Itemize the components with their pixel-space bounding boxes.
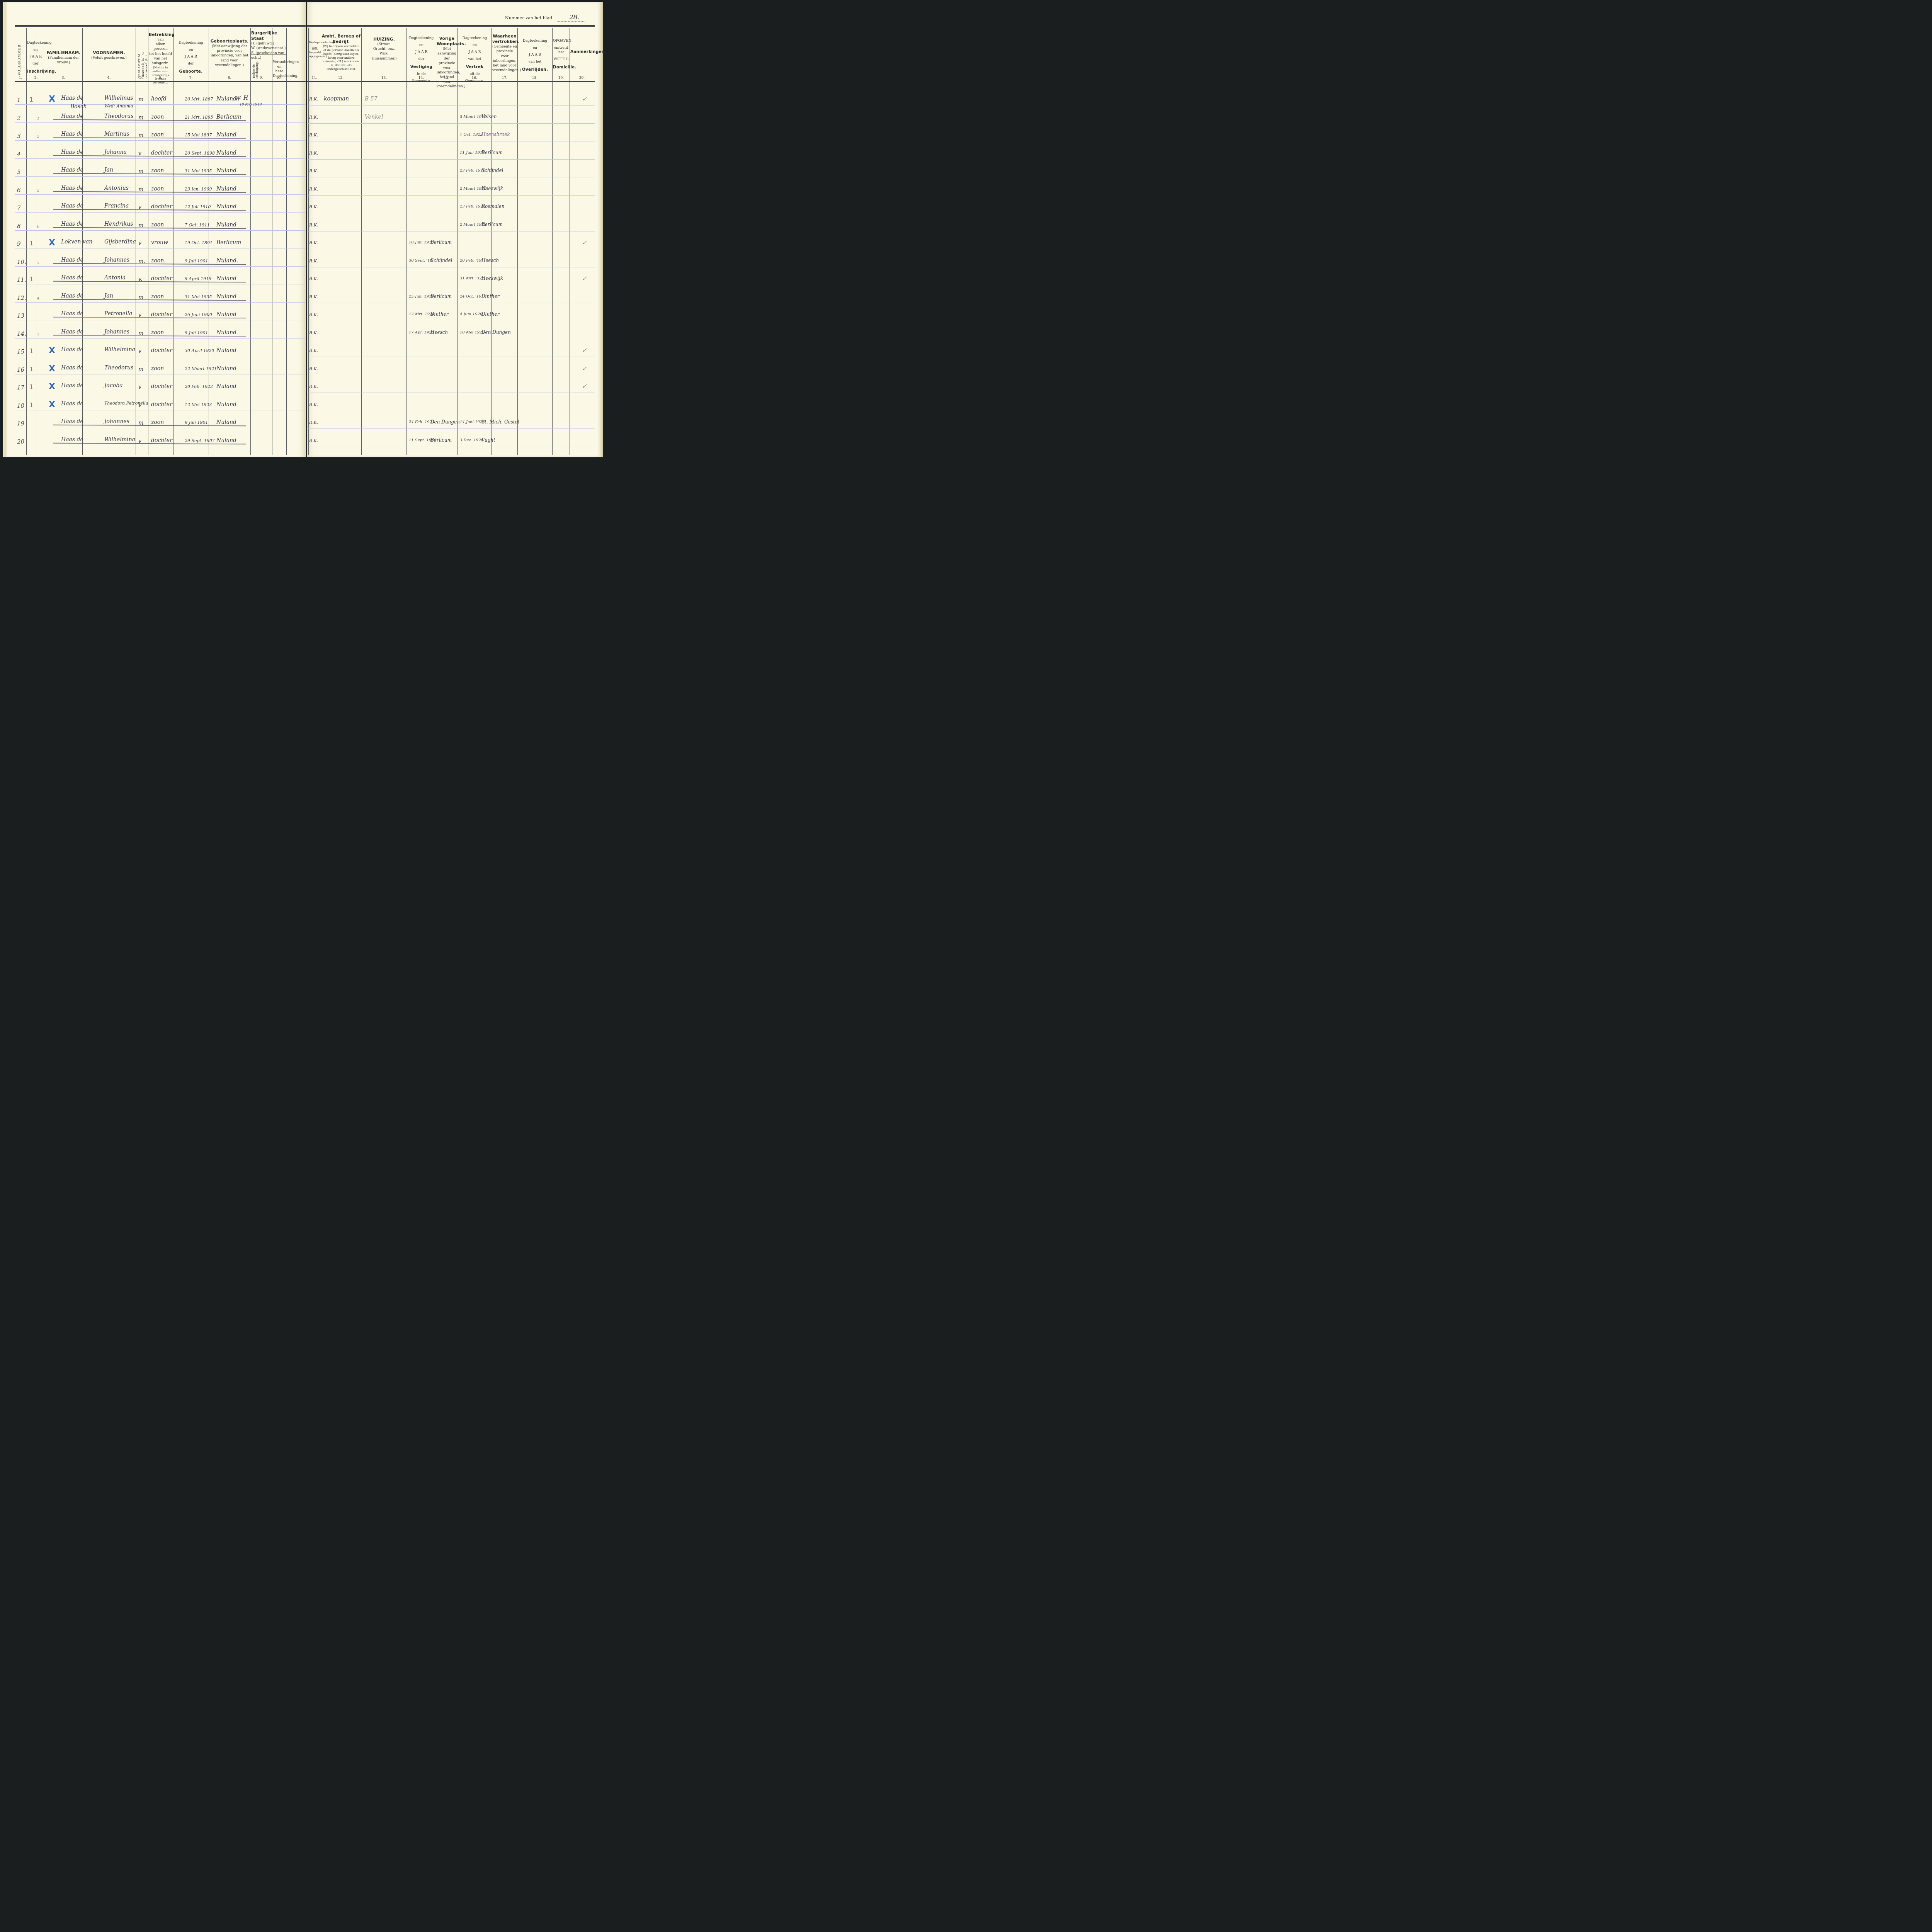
given-names: Johannes [104,329,129,335]
row-number: 3 [17,133,21,139]
ruled-line [307,141,595,141]
row-number: 7 [17,204,21,211]
column-subtitle: (Familienaam der vrouw.) [46,56,82,65]
row-number: 6 [17,187,21,194]
birth-date: 9 April 1919 [185,276,211,281]
column-title: Ambt, Beroep of Bedrijf. [321,34,361,44]
sheet-number: Nummer van het blad28. [505,14,585,21]
tally-mark: x [37,261,39,265]
birth-place: Nuland [216,311,236,318]
birth-date: 26 Juni 1900 [185,312,212,317]
birth-place: Nuland [216,150,236,156]
civil-status-change-date: 10 Mei 1918 [240,103,262,107]
sex: v [138,348,141,354]
red-tally-mark: 1 [29,276,33,283]
column-header-12: Ambt, Beroep of Bedrijf.(Bij bedrijven v… [321,34,361,71]
given-names: Johannes [104,257,129,263]
tally-mark: 2 [37,135,39,139]
column-subtitle: (Met aanwijzing der provincie voor inboo… [437,47,457,89]
religion: R.K. [309,204,318,209]
religion: R.K. [309,294,318,299]
column-subtitle: Dagteekening [174,41,208,45]
sheet-number-value: 28. [558,14,585,22]
relation: dochter [151,204,172,210]
blue-cross-mark: X [49,94,55,104]
column-subtitle: OPGAVEN [553,39,569,43]
sex: v [138,402,141,408]
religion: R.K. [309,276,318,281]
ruled-line [15,446,306,446]
row-number: 19 [17,420,24,427]
column-title: Geboorte. [174,69,208,74]
column-number: 8. [226,76,233,80]
column-subtitle: der [174,61,208,66]
birth-place: Nuland [216,294,236,300]
relation: zoon [151,186,164,192]
row-number: 15 [17,348,24,355]
birth-date: 23 Jan. 1909 [185,187,212,192]
destination: Dinther [481,294,500,299]
family-name: Haas de [61,437,83,443]
ruled-line [15,302,306,303]
given-names: Gijsberdina [104,239,136,245]
ruled-line [307,159,595,160]
religion: R.K. [309,223,318,228]
birth-date: 20 Mrt. 1867 [185,97,213,102]
column-header-7: DagteekeningenJ A A RderGeboorte. [174,41,208,74]
column-subtitle: (Voluit geschreven.) [83,56,135,60]
column-divider [26,28,27,455]
column-subtitle: van het [518,60,552,64]
column-header-20: Aanmerkingen. [570,49,594,54]
given-names: Jan [104,167,113,173]
previous-residence: Heesch [430,330,448,335]
row-number: 17 [17,384,24,391]
column-subtitle: Gracht, enz. [362,47,406,51]
column-number: 14. [417,76,425,80]
given-names: Antonia [104,275,126,281]
destination: Hoensbroek [481,132,510,137]
ruled-line [15,374,306,374]
column-number: 15. [443,76,451,80]
ruled-line [15,158,306,159]
religion: R.K. [309,259,318,264]
relation: zoon [151,168,164,174]
departure-date: 14 Juni 1923 [460,420,485,424]
column-number: 3. [60,76,67,80]
check-mark: ✓ [582,365,587,372]
destination: Heeswijk [481,276,503,281]
column-header-3: FAMILIENAAM.(Familienaam der vrouw.) [46,50,82,65]
ruled-line [15,248,306,248]
column-subtitle: J A A R [407,50,435,54]
column-divider [517,28,518,455]
ruled-line [15,356,306,356]
row-number: 11. [17,276,26,283]
settlement-date: 25 Juni 1919 [409,294,434,299]
destination: Velsen [481,114,497,119]
red-tally-mark: 1 [29,347,33,355]
destination: Vught [481,437,495,443]
column-number: 13. [380,76,388,80]
birth-date: 9 Juli 1901 [185,420,208,425]
given-names: Johannes [104,418,129,425]
column-subtitle: Kerkgenootschap. [309,41,321,44]
ruled-line [307,105,595,105]
blue-cross-mark: X [49,382,55,391]
religion: R.K. [309,151,318,156]
column-number: 4. [105,76,113,80]
birth-date: 19 Oct. 1891 [185,240,213,245]
destination: Schijndel [481,168,503,173]
given-names: Theodora Petronella [104,401,148,406]
column-divider [492,28,492,455]
birth-date: 7 Oct. 1911 [185,223,210,228]
given-names: Theodorus [104,365,133,371]
settlement-date: 30 Sept. '18 [409,259,432,263]
tally-mark: 4 [37,297,39,301]
given-names: Petronella [104,311,132,317]
occupation: koopman [324,96,349,102]
birth-date: 31 Mei 1905 [185,168,212,173]
column-subtitle: van het [149,56,172,61]
column-number: 16. [471,76,478,80]
column-subtitle: J A A R [174,54,208,59]
red-tally-mark: 1 [29,366,33,373]
row-number: 5 [17,168,21,175]
row-number: 10. [17,259,26,265]
blue-cross-mark: X [49,400,55,410]
column-number: 19. [557,76,565,80]
family-name: Haas de [61,167,83,173]
religion: R.K. [309,168,318,173]
birth-place: Berlicum [216,240,241,246]
religion: R.K. [309,97,318,102]
ruled-line [307,339,595,339]
family-name: Haas de [61,329,83,335]
tally-mark: 1 [37,117,39,121]
check-mark: ✓ [582,239,587,246]
family-name: Haas de [61,257,83,263]
column-subtitle: Dagteekening [518,39,552,43]
column-title: Vorige Woonplaats. [437,36,457,47]
column-divider [45,28,45,455]
ruled-line [307,177,595,177]
row-number: 18 [17,402,24,409]
column-number: 5. [137,76,145,80]
column-subtitle: Dagteekening [458,36,491,41]
birth-date: 31 Mei 1905 [185,294,212,299]
ruled-line [15,338,306,338]
given-names: Jan [104,293,113,299]
birth-place: Nuland [216,383,236,389]
column-title: Burgerlijke Staat [251,31,286,41]
religion: R.K. [309,366,318,371]
column-subtitle: en [407,43,435,48]
ruled-line [307,411,595,411]
family-name: Haas de [61,311,83,317]
birth-date: 12 Juli 1910 [185,204,211,209]
column-subtitle: en [174,48,208,52]
column-divider [148,28,148,455]
ruled-line [307,249,595,249]
column-title: Betrekking [149,32,172,37]
destination: Rosmalen [481,204,505,209]
family-name: Haas de [61,418,83,425]
relation: dochter [151,347,172,354]
column-header-4: VOORNAMEN.(Voluit geschreven.) [83,50,135,60]
house-number: Venkel [365,114,383,120]
family-name: Haas de [61,401,83,407]
column-subtitle: der [407,57,435,61]
destination: Heeswijk [481,186,503,191]
given-names: Francina [104,203,129,209]
blue-cross-mark: X [49,364,55,374]
red-tally-mark: 1 [29,96,33,103]
header-top-rule-thin [15,28,306,28]
birth-place: Nuland [216,276,236,282]
column-subtitle: der [27,61,44,66]
column-subtitle: WETTIG [553,57,569,62]
religion: R.K. [309,312,318,317]
given-names: Wilhelmina [104,347,135,353]
column-subtitle: Wijk, [362,51,406,56]
given-names: Wilhelmus [104,95,133,101]
column-title: Geboorteplaats. [209,39,250,44]
column-subtitle: van [149,37,172,42]
tally-mark: 5 [37,189,39,193]
column-subtitle: J A A R [518,53,552,57]
header-top-rule [307,25,595,27]
destination: Berlicum [481,222,503,227]
column-subtitle: huisgezin. [149,61,172,66]
departure-date: 11 Juni 1918 [460,151,485,155]
birth-date: 20 Sept. 1898 [185,151,215,156]
departure-date: 20 Feb. '19 [460,259,481,263]
relation: zoon. [151,258,166,264]
ruled-line [15,176,306,177]
ruled-line [15,428,306,428]
blue-cross-mark: X [49,346,55,355]
column-header-17: Waarheen vertrokken.(Gemeente en provinc… [492,34,517,73]
relation: dochter [151,383,172,389]
religion: R.K. [309,133,318,138]
departure-date: 10 Mei 1922 [460,330,485,335]
register-book: VOLGNUMMER.DagteekeningenJ A A RderInsch… [3,2,603,458]
column-divider [570,28,570,455]
relation: hoofd [151,96,167,102]
page-edges [3,2,7,457]
departure-date: 7 Oct. 1922 [460,133,483,137]
column-header-18: DagteekeningenJ A A Rvan hetOverlijden. [518,39,552,72]
family-name: Haas de [61,185,83,191]
given-names: Martinus [104,131,129,137]
destination: Berlicum [481,150,503,155]
column-title: FAMILIENAAM. [46,50,82,56]
ruled-line [307,375,595,375]
family-name: Haas de [61,293,83,299]
ruled-line [15,392,306,392]
ruled-line [307,285,595,285]
birth-date: 21 Mrt. 1895 [185,115,213,120]
religion: R.K. [309,438,318,443]
column-divider [250,28,251,455]
religion: R.K. [309,384,318,389]
family-name: Haas de [61,95,83,101]
column-subtitle: (Straat, [362,42,406,47]
ruled-line [15,284,306,284]
ruled-line [307,447,595,447]
row-number: 13 [17,312,24,319]
birth-date: 30 April 1920 [185,348,214,353]
family-name: Haas de [61,383,83,389]
column-subtitle: en [518,46,552,50]
ruled-line [307,123,595,124]
birth-place: Nuland [216,204,236,210]
religion: R.K. [309,187,318,192]
ruled-line [307,429,595,429]
column-number: 18. [531,76,539,80]
religion: R.K. [309,420,318,425]
column-number: 12. [337,76,345,80]
ruled-line [307,231,595,231]
column-subtitle: J A A R [458,50,491,54]
religion: R.K. [309,402,318,407]
ruled-line [15,140,306,141]
column-divider [361,28,362,455]
column-title: Aanmerkingen. [570,49,594,54]
ruled-line [15,410,306,410]
red-tally-mark: 1 [29,383,33,391]
left-page: VOLGNUMMER.DagteekeningenJ A A RderInsch… [3,2,306,457]
birth-date: 22 Maart 1921 [185,366,217,371]
column-subtitle: en [27,48,44,52]
column-number: 17. [501,76,509,80]
family-name: Haas de [61,365,83,371]
birth-date: 15 Mei 1897 [185,133,212,138]
column-divider [173,28,173,455]
column-title: Overlijden. [518,67,552,72]
column-header-13: HUIZING.(Straat,Gracht, enz.Wijk,Huisnum… [362,37,406,61]
civil-status-code: W. (weduwenstaat.) [251,46,286,51]
column-number: 20. [578,76,586,80]
birth-place: Nuland [216,186,236,192]
sex: m [138,366,143,372]
check-mark: ✓ [582,275,587,282]
destination: Heesch [481,258,499,263]
column-note: (Bij bedrijven vermelden of de persoon d… [321,44,361,71]
family-name: Haas de [61,347,83,353]
birth-place: Nuland [216,96,236,102]
birth-place: Nuland. [216,258,238,264]
relation: zoon [151,366,164,372]
given-names: Wilhelmina [104,437,135,443]
column-subtitle: Huisnummer.) [362,56,406,61]
check-mark: ✓ [582,95,587,102]
birth-place: Nuland [216,347,236,354]
column-subtitle: (Elk bepaald opgegeven.) [309,47,321,58]
header-top-rule-thin [307,28,595,28]
ruled-line [15,212,306,213]
sex: v [138,240,141,247]
civil-status-divider [250,54,286,54]
given-names: Johanna [104,149,127,155]
given-names: Theodorus [104,113,133,119]
family-name: Haas de [61,131,83,137]
ruled-line [15,122,306,123]
column-subtitle: tot het hoofd [149,52,172,56]
column-number: 11. [311,76,318,80]
civil-status-change: H [243,95,248,101]
column-header-9: Tijdens de inschrijving. [252,56,259,78]
column-divider [286,28,287,455]
birth-place: Nuland [216,168,236,174]
ruled-line [307,195,595,196]
birth-place: Nuland [216,222,236,228]
row-number: 4 [17,151,21,158]
relation: zoon [151,330,164,336]
birth-date: 12 Mei 1923 [185,402,212,407]
column-header-5: GESLACHT M. (mannelijk.) V. (vrouwelijk.… [138,32,148,78]
column-subtitle: van het [458,57,491,61]
ruled-line [307,267,595,267]
religion: R.K. [309,115,318,120]
departure-date: 24 Oct. '19 [460,294,481,299]
family-name-2: Bosch [70,104,87,110]
destination: St. Mich. Gestel [481,419,519,425]
tally-mark: 3 [37,333,39,337]
column-title: Vertrek [458,64,491,70]
column-divider [321,28,321,455]
relation: dochter [151,311,172,318]
ruled-line [15,320,306,320]
relation: zoon [151,419,164,425]
family-name: Haas de [61,203,83,209]
column-divider [406,28,407,455]
destination: Den Dungen [481,330,511,335]
column-subtitle: elken persoon [149,42,172,51]
column-divider [457,28,458,455]
sheet-number-label: Nummer van het blad [505,15,552,20]
previous-residence: Berlicum [430,240,452,245]
column-subtitle: J A A R [27,54,44,59]
column-subtitle: en [458,43,491,48]
column-header-2: DagteekeningenJ A A RderInschrijving. [27,41,44,74]
column-number: 1. [17,76,24,80]
civil-status-code: H. (gehuwd.) [251,41,286,46]
relation: vrouw [151,240,168,246]
column-title: VOORNAMEN. [83,50,135,56]
previous-residence: Berlicum [430,437,452,443]
birth-place: Nuland [216,330,236,336]
settlement-date: 10 Juni 1918 [409,240,434,245]
column-title: HUIZING. [362,37,406,42]
birth-place: Nuland [216,132,236,138]
religion: R.K. [309,348,318,353]
column-note: (Niet in te vullen voor afzonderlijk lev… [149,66,172,85]
blue-cross-mark: X [49,238,55,248]
check-mark: ✓ [582,347,587,354]
column-title: Waarheen vertrokken. [492,34,517,44]
column-number: 2. [32,76,40,80]
column-number: 10. [275,76,283,80]
ruled-line [15,266,306,267]
birth-date: 29 Sept. 1907 [185,438,215,443]
column-header-19: OPGAVENomtrent hetWETTIGDomicilie. [553,39,569,70]
birth-place: Nuland [216,401,236,408]
row-number: 20 [17,438,24,445]
sex: v [138,384,141,390]
